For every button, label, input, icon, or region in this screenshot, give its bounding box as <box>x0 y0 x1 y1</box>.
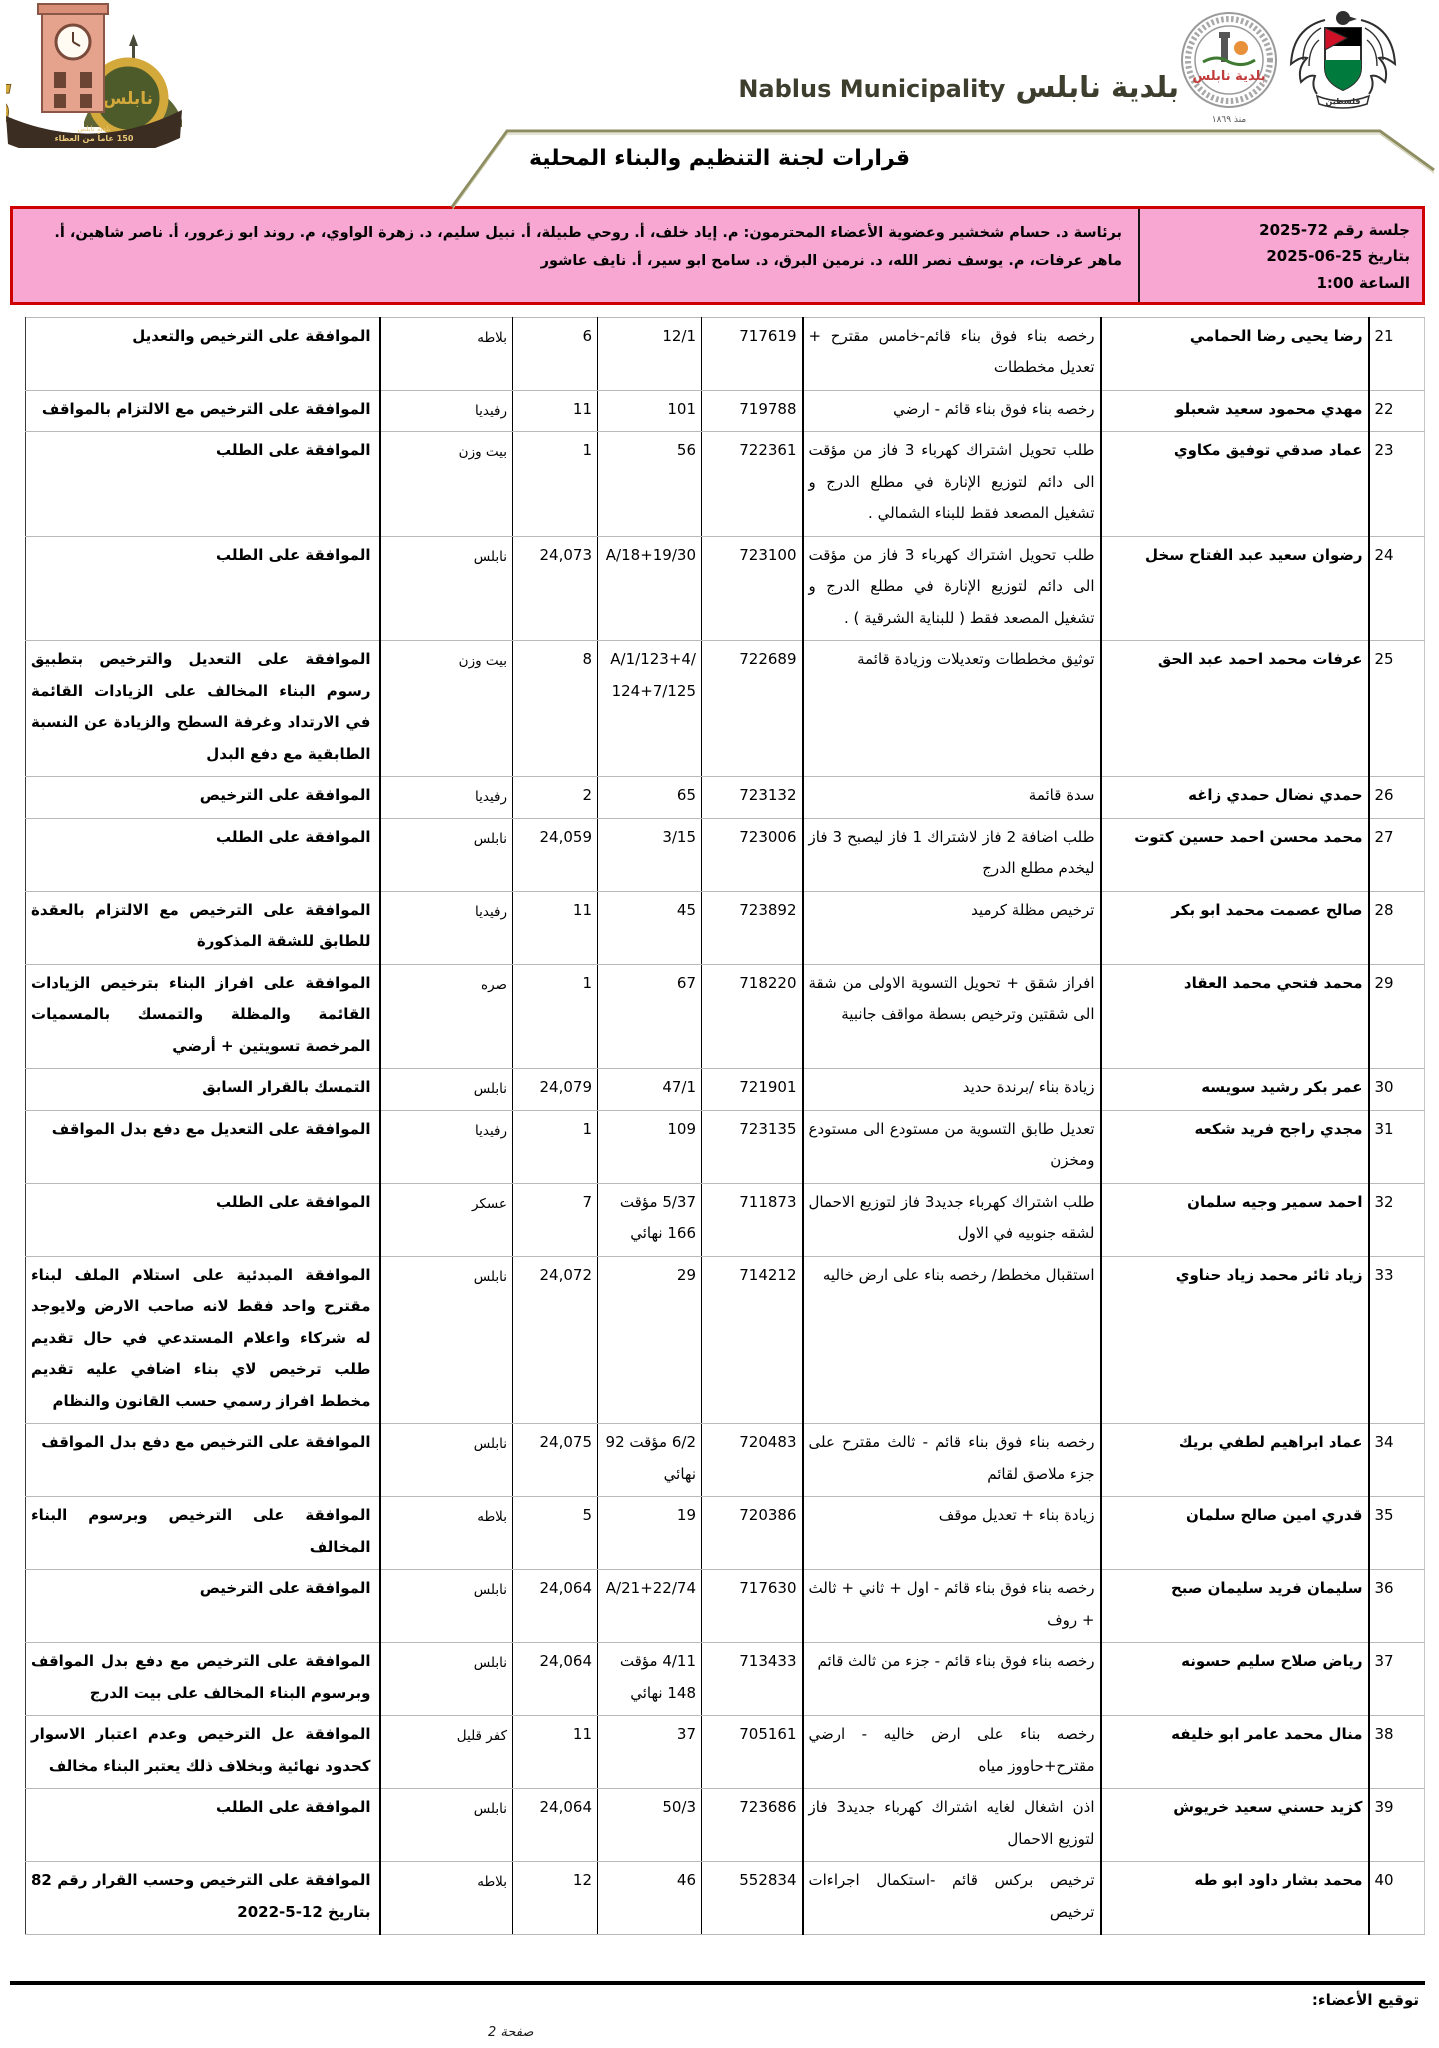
members-line-2: ماهر عرفات، م. يوسف نصر الله، د. نرمين ا… <box>19 247 1122 275</box>
location: نابلس <box>380 536 513 641</box>
block-number: 11 <box>513 891 598 964</box>
row-number: 37 <box>1369 1643 1425 1716</box>
row-number: 35 <box>1369 1497 1425 1570</box>
parcel-number: 5/37 مؤقت 166 نهائي <box>598 1183 702 1256</box>
applicant-name: محمد محسن احمد حسين كتوت <box>1101 818 1369 891</box>
row-number: 38 <box>1369 1716 1425 1789</box>
decision: الموافقة عل الترخيص وعدم اعتبار الاسوار … <box>26 1716 380 1789</box>
parcel-number: 67 <box>598 964 702 1069</box>
file-number: 723100 <box>702 536 803 641</box>
decision: الموافقة على الطلب <box>26 1789 380 1862</box>
parcel-number: A/1/123+4/124+7/125 <box>598 641 702 777</box>
parcel-number: 109 <box>598 1110 702 1183</box>
file-number: 721901 <box>702 1069 803 1111</box>
anniversary-150-logo: نابلس 15 بلدية نابلس 150 عاماً من العطاء <box>6 2 182 148</box>
block-number: 12 <box>513 1862 598 1935</box>
location: نابلس <box>380 1643 513 1716</box>
table-row: 31 مجدي راجح فريد شكعه تعديل طابق التسوي… <box>26 1110 1425 1183</box>
location: نابلس <box>380 818 513 891</box>
row-number: 30 <box>1369 1069 1425 1111</box>
parcel-number: 12/1 <box>598 317 702 390</box>
palestine-emblem-icon: فلسطين <box>1287 6 1399 110</box>
request-description: طلب اشتراك كهرباء جديد3 فاز لتوزيع الاحم… <box>803 1183 1101 1256</box>
decisions-table-body: 21 رضا يحيى رضا الحمامي رخصه بناء فوق بن… <box>26 317 1425 1935</box>
table-row: 33 زياد ثائر محمد زياد حناوي استقبال مخط… <box>26 1256 1425 1424</box>
banner-line2: 150 عاماً من العطاء <box>55 132 134 143</box>
block-number: 1 <box>513 432 598 537</box>
block-number: 11 <box>513 1716 598 1789</box>
file-number: 720483 <box>702 1424 803 1497</box>
row-number: 23 <box>1369 432 1425 537</box>
municipality-name-en: Nablus Municipality <box>738 75 1005 103</box>
applicant-name: منال محمد عامر ابو خليفه <box>1101 1716 1369 1789</box>
location: نابلس <box>380 1570 513 1643</box>
parcel-number: 29 <box>598 1256 702 1424</box>
file-number: 720386 <box>702 1497 803 1570</box>
request-description: توثيق مخططات وتعديلات وزيادة قائمة <box>803 641 1101 777</box>
decision: التمسك بالقرار السابق <box>26 1069 380 1111</box>
table-row: 40 محمد بشار داود ابو طه ترخيص بركس قائم… <box>26 1862 1425 1935</box>
location: بيت وزن <box>380 432 513 537</box>
page-header: نابلس 15 بلدية نابلس 150 عاماً من العطاء <box>0 0 1439 206</box>
location: نابلس <box>380 1256 513 1424</box>
request-description: ترخيص مظلة كرميد <box>803 891 1101 964</box>
block-number: 24,064 <box>513 1570 598 1643</box>
parcel-number: 56 <box>598 432 702 537</box>
row-number: 40 <box>1369 1862 1425 1935</box>
block-number: 24,064 <box>513 1789 598 1862</box>
request-description: افراز شقق + تحويل التسوية الاولى من شقة … <box>803 964 1101 1069</box>
municipality-wordmark: بلدية نابلسNablus Municipality <box>738 70 1179 104</box>
anniversary-inner-script: نابلس <box>103 89 153 109</box>
applicant-name: عماد صدقي توفيق مكاوي <box>1101 432 1369 537</box>
decision: الموافقة على الترخيص مع الالتزام بالمواق… <box>26 390 380 432</box>
applicant-name: احمد سمير وجيه سلمان <box>1101 1183 1369 1256</box>
row-number: 29 <box>1369 964 1425 1069</box>
row-number: 32 <box>1369 1183 1425 1256</box>
location: بلاطه <box>380 317 513 390</box>
decision: الموافقة على الطلب <box>26 536 380 641</box>
row-number: 21 <box>1369 317 1425 390</box>
parcel-number: 46 <box>598 1862 702 1935</box>
nablus-seal-icon: بلدية نابلس منذ ١٨٦٩ <box>1177 10 1281 126</box>
decision: الموافقة على الترخيص <box>26 777 380 819</box>
seal-sun <box>1234 41 1248 55</box>
decision: الموافقة على الترخيص مع الالتزام بالعقدة… <box>26 891 380 964</box>
parcel-number: 37 <box>598 1716 702 1789</box>
block-number: 6 <box>513 317 598 390</box>
table-row: 32 احمد سمير وجيه سلمان طلب اشتراك كهربا… <box>26 1183 1425 1256</box>
decisions-table: 21 رضا يحيى رضا الحمامي رخصه بناء فوق بن… <box>25 317 1425 1936</box>
table-row: 38 منال محمد عامر ابو خليفه رخصه بناء عل… <box>26 1716 1425 1789</box>
block-number: 24,059 <box>513 818 598 891</box>
table-row: 34 عماد ابراهيم لطفي بريك رخصه بناء فوق … <box>26 1424 1425 1497</box>
applicant-name: محمد فتحي محمد العقاد <box>1101 964 1369 1069</box>
parcel-number: A/18+19/30 <box>598 536 702 641</box>
emblem-caption: فلسطين <box>1326 97 1361 106</box>
location: رفيديا <box>380 777 513 819</box>
file-number: 717619 <box>702 317 803 390</box>
request-description: رخصه بناء على ارض خاليه - ارضي مقترح+حاو… <box>803 1716 1101 1789</box>
table-row: 26 حمدي نضال حمدي زاغه سدة قائمة 723132 … <box>26 777 1425 819</box>
location: رفيديا <box>380 390 513 432</box>
page-title: قرارات لجنة التنظيم والبناء المحلية <box>0 146 1439 171</box>
applicant-name: عرفات محمد احمد عبد الحق <box>1101 641 1369 777</box>
file-number: 722361 <box>702 432 803 537</box>
banner-line1: بلدية نابلس <box>77 125 110 133</box>
parcel-number: 101 <box>598 390 702 432</box>
table-row: 39 كزيد حسني سعيد خريوش اذن اشغال لغايه … <box>26 1789 1425 1862</box>
location: بلاطه <box>380 1862 513 1935</box>
file-number: 552834 <box>702 1862 803 1935</box>
block-number: 1 <box>513 1110 598 1183</box>
request-description: رخصه بناء فوق بناء قائم - جزء من ثالث قا… <box>803 1643 1101 1716</box>
decision: الموافقة على الترخيص مع دفع بدل المواقف … <box>26 1643 380 1716</box>
decision: الموافقة على الترخيص <box>26 1570 380 1643</box>
block-number: 11 <box>513 390 598 432</box>
block-number: 7 <box>513 1183 598 1256</box>
decision: الموافقة على التعديل والترخيص بتطبيق رسو… <box>26 641 380 777</box>
parcel-number: 45 <box>598 891 702 964</box>
row-number: 26 <box>1369 777 1425 819</box>
row-number: 33 <box>1369 1256 1425 1424</box>
applicant-name: عماد ابراهيم لطفي بريك <box>1101 1424 1369 1497</box>
decision: الموافقة المبدئية على استلام الملف لبناء… <box>26 1256 380 1424</box>
block-number: 24,075 <box>513 1424 598 1497</box>
row-number: 39 <box>1369 1789 1425 1862</box>
file-number: 723686 <box>702 1789 803 1862</box>
file-number: 719788 <box>702 390 803 432</box>
location: رفيديا <box>380 891 513 964</box>
block-number: 24,079 <box>513 1069 598 1111</box>
row-number: 24 <box>1369 536 1425 641</box>
page-number: صفحة 2 <box>488 2025 533 2040</box>
applicant-name: كزيد حسني سعيد خريوش <box>1101 1789 1369 1862</box>
session-date: بتاريخ 25-06-2025 <box>1144 243 1410 269</box>
request-description: تعديل طابق التسوية من مستودع الى مستودع … <box>803 1110 1101 1183</box>
request-description: طلب تحويل اشتراك كهرباء 3 فاز من مؤقت ال… <box>803 536 1101 641</box>
decision: الموافقة على الطلب <box>26 432 380 537</box>
session-members: برئاسة د. حسام شخشير وعضوية الأعضاء المح… <box>13 209 1138 302</box>
file-number: 722689 <box>702 641 803 777</box>
row-number: 36 <box>1369 1570 1425 1643</box>
file-number: 718220 <box>702 964 803 1069</box>
table-row: 30 عمر بكر رشيد سويسه زيادة بناء /برندة … <box>26 1069 1425 1111</box>
request-description: اذن اشغال لغايه اشتراك كهرباء جديد3 فاز … <box>803 1789 1101 1862</box>
block-number: 1 <box>513 964 598 1069</box>
parcel-number: 3/15 <box>598 818 702 891</box>
file-number: 723135 <box>702 1110 803 1183</box>
applicant-name: زياد ثائر محمد زياد حناوي <box>1101 1256 1369 1424</box>
document-page: نابلس 15 بلدية نابلس 150 عاماً من العطاء <box>0 0 1439 2048</box>
block-number: 5 <box>513 1497 598 1570</box>
parcel-number: 4/11 مؤقت 148 نهائي <box>598 1643 702 1716</box>
location: بيت وزن <box>380 641 513 777</box>
request-description: سدة قائمة <box>803 777 1101 819</box>
file-number: 713433 <box>702 1643 803 1716</box>
file-number: 711873 <box>702 1183 803 1256</box>
session-info-band: جلسة رقم 72-2025 بتاريخ 25-06-2025 الساع… <box>10 206 1425 305</box>
table-row: 36 سليمان فريد سليمان صبح رخصه بناء فوق … <box>26 1570 1425 1643</box>
file-number: 714212 <box>702 1256 803 1424</box>
parcel-number: 19 <box>598 1497 702 1570</box>
request-description: رخصه بناء فوق بناء قائم - اول + ثاني + ث… <box>803 1570 1101 1643</box>
parcel-number: 50/3 <box>598 1789 702 1862</box>
block-number: 2 <box>513 777 598 819</box>
applicant-name: مجدي راجح فريد شكعه <box>1101 1110 1369 1183</box>
row-number: 28 <box>1369 891 1425 964</box>
table-row: 24 رضوان سعيد عبد الفتاح سخل طلب تحويل ا… <box>26 536 1425 641</box>
block-number: 8 <box>513 641 598 777</box>
parcel-number: A/21+22/74 <box>598 1570 702 1643</box>
members-line-1: برئاسة د. حسام شخشير وعضوية الأعضاء المح… <box>19 219 1122 247</box>
table-row: 23 عماد صدقي توفيق مكاوي طلب تحويل اشترا… <box>26 432 1425 537</box>
table-row: 37 رياض صلاح سليم حسونه رخصه بناء فوق بن… <box>26 1643 1425 1716</box>
row-number: 34 <box>1369 1424 1425 1497</box>
session-meta: جلسة رقم 72-2025 بتاريخ 25-06-2025 الساع… <box>1138 209 1422 302</box>
location: صره <box>380 964 513 1069</box>
seal-name: بلدية نابلس <box>1192 69 1265 84</box>
table-row: 29 محمد فتحي محمد العقاد افراز شقق + تحو… <box>26 964 1425 1069</box>
request-description: طلب اضافة 2 فاز لاشتراك 1 فاز ليصبح 3 فا… <box>803 818 1101 891</box>
decision: الموافقة على الترخيص مع دفع بدل المواقف <box>26 1424 380 1497</box>
decision: الموافقة على الطلب <box>26 1183 380 1256</box>
applicant-name: رضوان سعيد عبد الفتاح سخل <box>1101 536 1369 641</box>
location: كفر قليل <box>380 1716 513 1789</box>
request-description: طلب تحويل اشتراك كهرباء 3 فاز من مؤقت ال… <box>803 432 1101 537</box>
location: نابلس <box>380 1424 513 1497</box>
location: نابلس <box>380 1069 513 1111</box>
location: نابلس <box>380 1789 513 1862</box>
table-row: 21 رضا يحيى رضا الحمامي رخصه بناء فوق بن… <box>26 317 1425 390</box>
request-description: رخصه بناء فوق بناء قائم - ارضي <box>803 390 1101 432</box>
table-row: 28 صالح عصمت محمد ابو بكر ترخيص مظلة كرم… <box>26 891 1425 964</box>
applicant-name: عمر بكر رشيد سويسه <box>1101 1069 1369 1111</box>
municipality-name-ar: بلدية نابلس <box>1015 70 1179 104</box>
file-number: 723892 <box>702 891 803 964</box>
file-number: 705161 <box>702 1716 803 1789</box>
applicant-name: حمدي نضال حمدي زاغه <box>1101 777 1369 819</box>
applicant-name: صالح عصمت محمد ابو بكر <box>1101 891 1369 964</box>
signature-label: توقيع الأعضاء: <box>0 1991 1419 2009</box>
row-number: 25 <box>1369 641 1425 777</box>
parcel-number: 47/1 <box>598 1069 702 1111</box>
applicant-name: قدري امين صالح سلمان <box>1101 1497 1369 1570</box>
seal-since: منذ ١٨٦٩ <box>1212 115 1247 125</box>
applicant-name: رياض صلاح سليم حسونه <box>1101 1643 1369 1716</box>
file-number: 717630 <box>702 1570 803 1643</box>
flag-shield <box>1325 28 1361 90</box>
table-row: 35 قدري امين صالح سلمان زيادة بناء + تعد… <box>26 1497 1425 1570</box>
location: بلاطه <box>380 1497 513 1570</box>
table-row: 27 محمد محسن احمد حسين كتوت طلب اضافة 2 … <box>26 818 1425 891</box>
parcel-number: 65 <box>598 777 702 819</box>
session-time: الساعة 1:00 <box>1144 270 1410 296</box>
block-number: 24,072 <box>513 1256 598 1424</box>
request-description: زيادة بناء /برندة حديد <box>803 1069 1101 1111</box>
file-number: 723006 <box>702 818 803 891</box>
table-row: 22 مهدي محمود سعيد شعبلو رخصه بناء فوق ب… <box>26 390 1425 432</box>
eagle-head <box>1336 11 1350 25</box>
row-number: 31 <box>1369 1110 1425 1183</box>
block-number: 24,073 <box>513 536 598 641</box>
decision: الموافقة على الترخيص والتعديل <box>26 317 380 390</box>
block-number: 24,064 <box>513 1643 598 1716</box>
applicant-name: محمد بشار داود ابو طه <box>1101 1862 1369 1935</box>
applicant-name: مهدي محمود سعيد شعبلو <box>1101 390 1369 432</box>
file-number: 723132 <box>702 777 803 819</box>
parcel-number: 6/2 مؤقت 92 نهائي <box>598 1424 702 1497</box>
decision: الموافقة على الترخيص وبرسوم البناء المخا… <box>26 1497 380 1570</box>
decision: الموافقة على الطلب <box>26 818 380 891</box>
applicant-name: سليمان فريد سليمان صبح <box>1101 1570 1369 1643</box>
request-description: رخصه بناء فوق بناء قائم - ثالث مقترح على… <box>803 1424 1101 1497</box>
footer-divider <box>10 1981 1425 1985</box>
request-description: زيادة بناء + تعديل موقف <box>803 1497 1101 1570</box>
applicant-name: رضا يحيى رضا الحمامي <box>1101 317 1369 390</box>
decision: الموافقة على التعديل مع دفع بدل المواقف <box>26 1110 380 1183</box>
decision: الموافقة على افراز البناء بترخيص الزيادا… <box>26 964 380 1069</box>
session-number: جلسة رقم 72-2025 <box>1144 217 1410 243</box>
row-number: 22 <box>1369 390 1425 432</box>
table-row: 25 عرفات محمد احمد عبد الحق توثيق مخططات… <box>26 641 1425 777</box>
request-description: استقبال مخطط/ رخصه بناء على ارض خاليه <box>803 1256 1101 1424</box>
location: عسكر <box>380 1183 513 1256</box>
decision: الموافقة على الترخيص وحسب القرار رقم 82 … <box>26 1862 380 1935</box>
request-description: رخصه بناء فوق بناء قائم-خامس مقترح + تعد… <box>803 317 1101 390</box>
request-description: ترخيص بركس قائم -استكمال اجراءات ترخيص <box>803 1862 1101 1935</box>
row-number: 27 <box>1369 818 1425 891</box>
location: رفيديا <box>380 1110 513 1183</box>
